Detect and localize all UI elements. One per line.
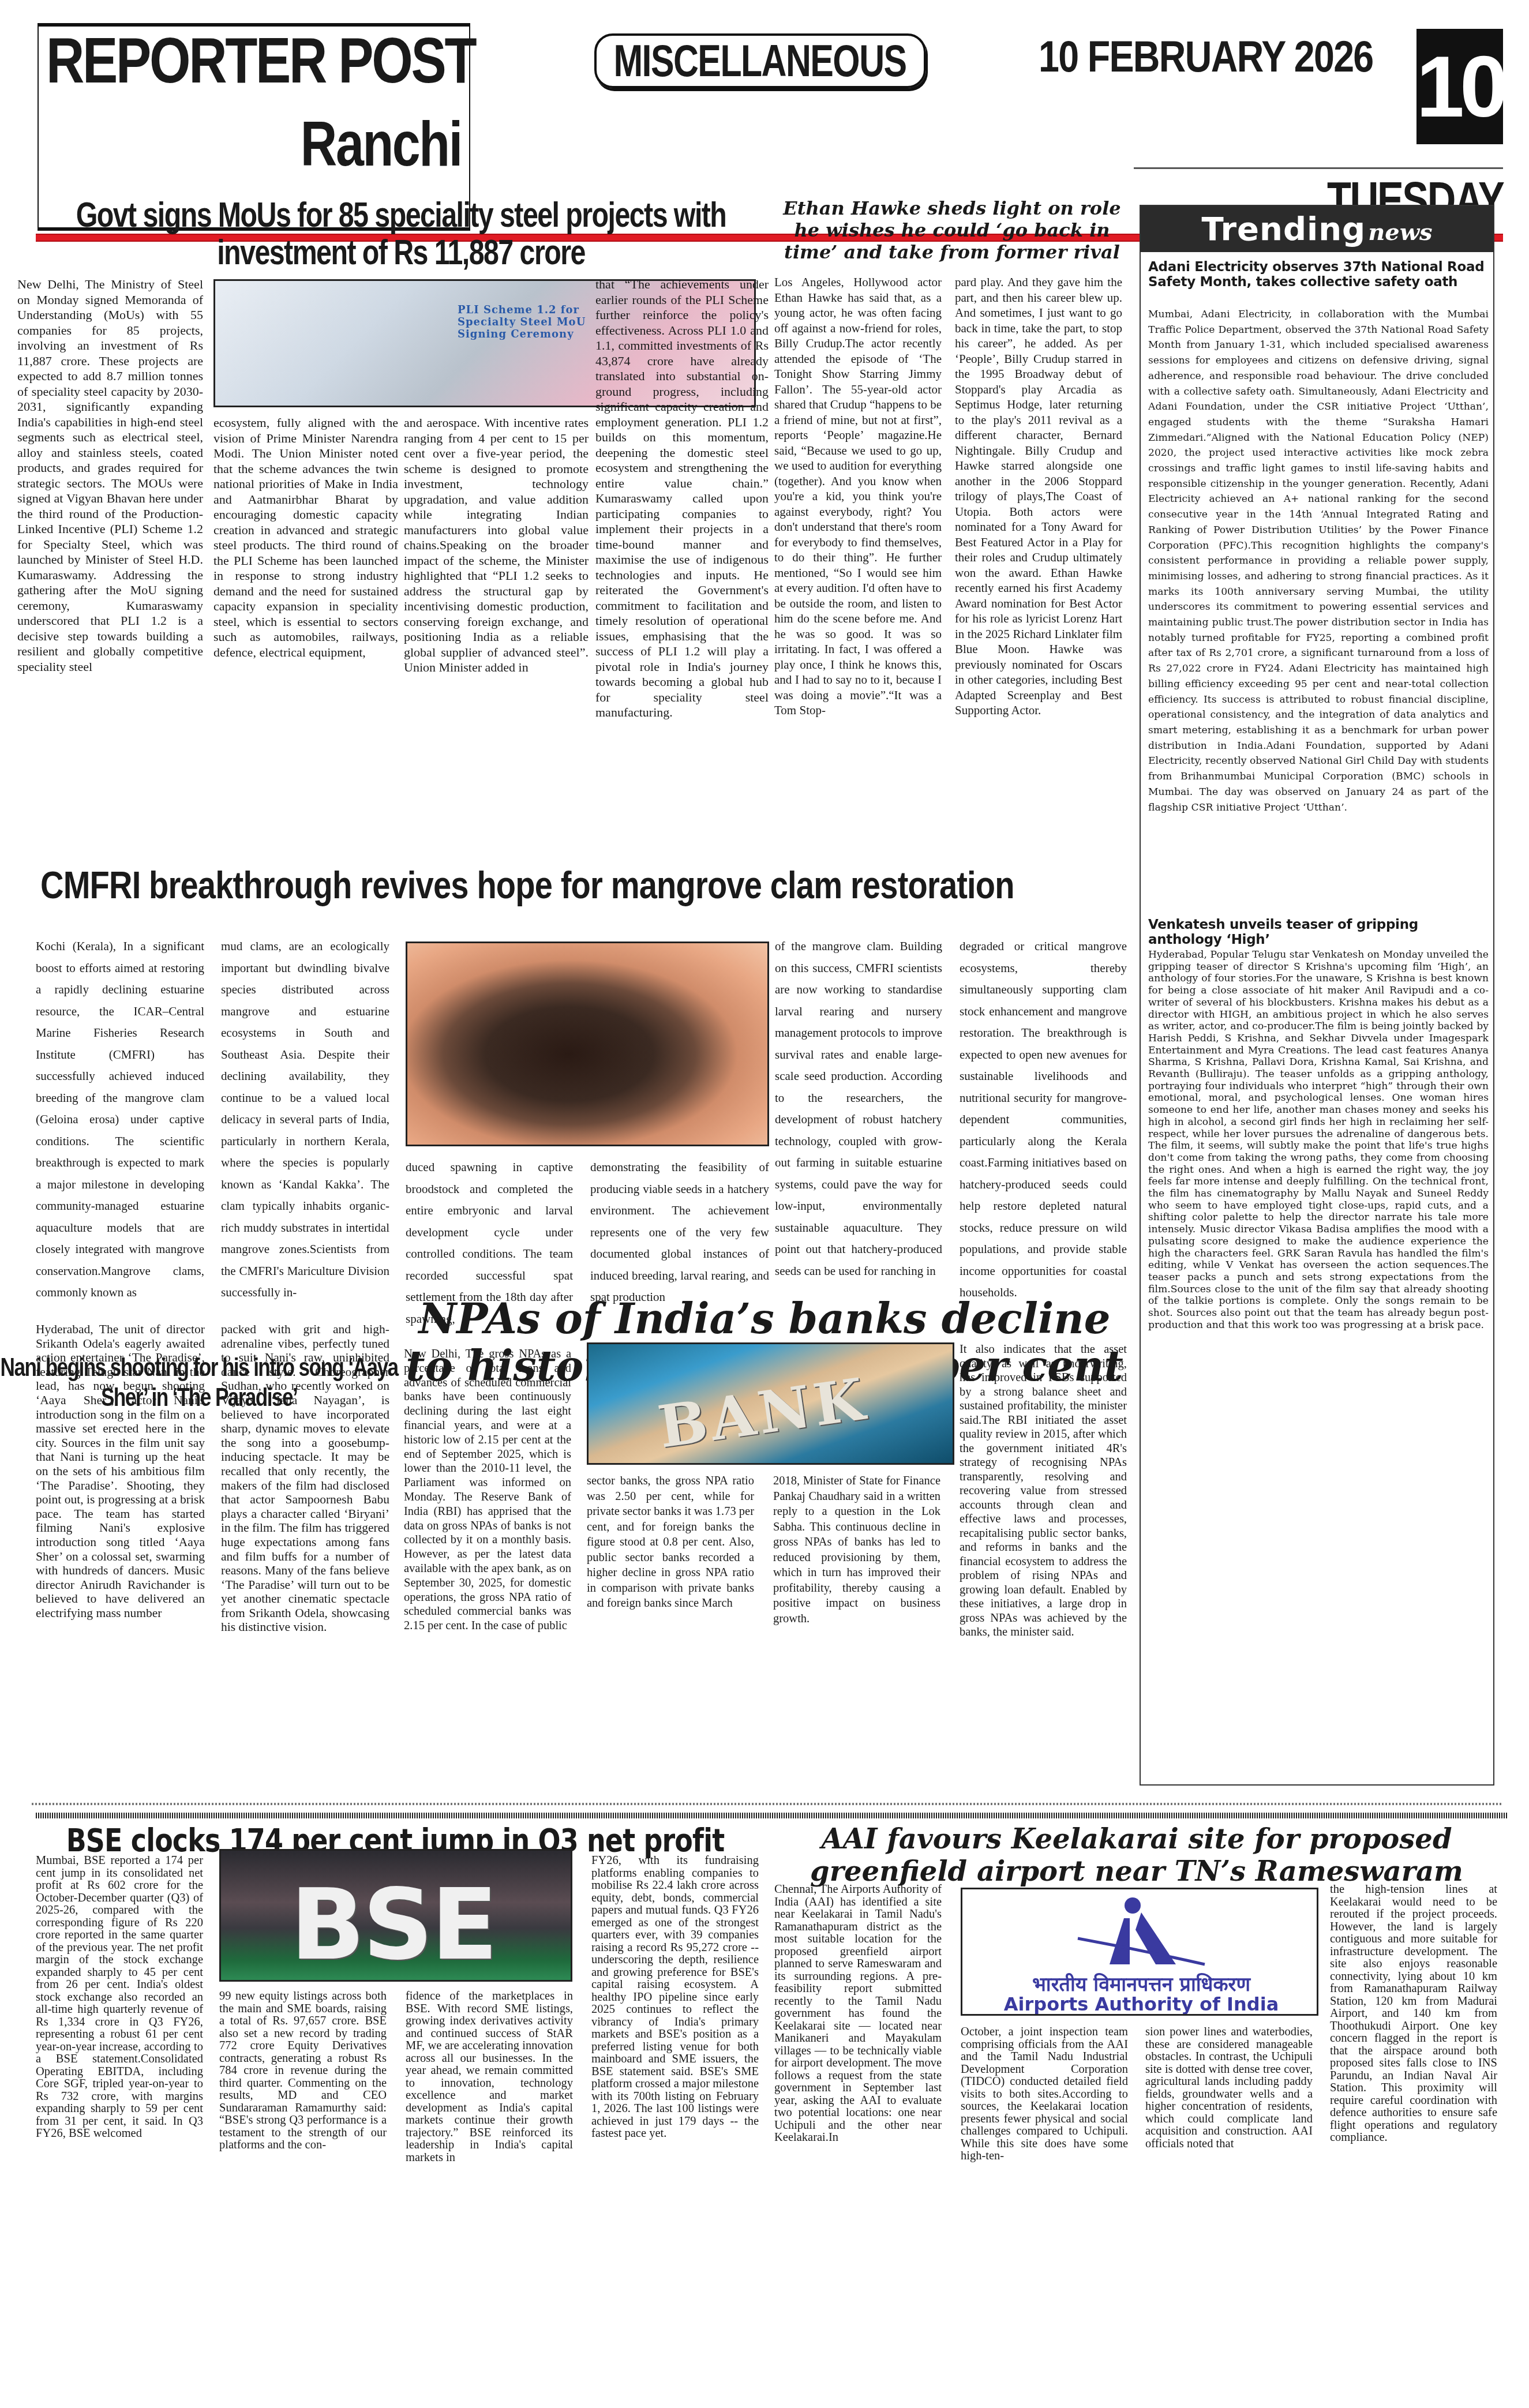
article-column: degraded or critical mangrove ecosystems… bbox=[960, 936, 1127, 1340]
article-column: sector banks, the gross NPA ratio was 2.… bbox=[587, 1473, 754, 1788]
section-divider bbox=[32, 1803, 1503, 1805]
article-headline-hawke: Ethan Hawke sheds light on role he wishe… bbox=[776, 197, 1128, 263]
article-column: 99 new equity listings across both the m… bbox=[219, 1990, 387, 2374]
edition-city: Ranchi bbox=[301, 110, 462, 179]
trending-story-body: Mumbai, Adani Electricity, in collaborat… bbox=[1148, 307, 1489, 999]
issue-date: 10 FEBRUARY 2026 bbox=[1039, 32, 1373, 82]
article-column: of the mangrove clam. Building on this s… bbox=[775, 936, 942, 1340]
trending-news-header: Trending news bbox=[1141, 206, 1493, 252]
article-headline-aai: AAI favours Keelakarai site for proposed… bbox=[776, 1823, 1497, 1888]
article-column: Los Angeles, Hollywood actor Ethan Hawke… bbox=[774, 275, 942, 857]
trending-header-main: Trending bbox=[1201, 211, 1366, 248]
trending-story-headline: Venkatesh unveils teaser of gripping ant… bbox=[1148, 917, 1489, 947]
trending-story-body: Hyderabad, Popular Telugu star Venkatesh… bbox=[1148, 949, 1489, 1780]
article-headline-cmfri: CMFRI breakthrough revives hope for mang… bbox=[40, 865, 962, 905]
article-column: It also indicates that the asset quality… bbox=[960, 1342, 1127, 1787]
article-column: Hyderabad, The unit of director Srikanth… bbox=[36, 1322, 205, 1790]
article-photo-bse: BSE bbox=[219, 1849, 572, 1982]
divider bbox=[1134, 167, 1503, 169]
article-column: New Delhi, The Ministry of Steel on Mond… bbox=[17, 277, 203, 860]
article-column: Kochi (Kerala), In a significant boost t… bbox=[36, 936, 204, 1340]
article-column: October, a joint inspection team compris… bbox=[961, 2026, 1128, 2378]
article-column: and aerospace. With incentive rates rang… bbox=[404, 415, 589, 860]
article-column: packed with grit and high-adrenaline vib… bbox=[221, 1322, 389, 1790]
article-column: Mumbai, BSE reported a 174 per cent jump… bbox=[36, 1855, 203, 2374]
article-column: Chennai, The Airports Authority of India… bbox=[774, 1884, 942, 2380]
article-photo-bank: BANK bbox=[587, 1342, 954, 1465]
article-column: mud clams, are an ecologically important… bbox=[221, 936, 389, 1340]
article-column: New Delhi, The gross NPAs as a percentag… bbox=[404, 1347, 571, 1786]
bank-sign-text: BANK bbox=[654, 1364, 872, 1461]
article-column: the high-tension lines at Keelakarai wou… bbox=[1330, 1884, 1497, 2380]
aai-logo: भारतीय विमानपत्तन प्राधिकरण Airports Aut… bbox=[961, 1888, 1318, 2016]
trending-header-sub: news bbox=[1368, 219, 1432, 246]
article-column: ecosystem, fully aligned with the vision… bbox=[213, 415, 398, 860]
section-label-text: MISCELLANEOUS bbox=[614, 35, 906, 87]
article-photo-clam bbox=[406, 942, 769, 1146]
section-divider bbox=[36, 1813, 1507, 1818]
section-label: MISCELLANEOUS bbox=[594, 33, 926, 88]
article-headline-steel: Govt signs MoUs for 85 speciality steel … bbox=[32, 196, 770, 271]
article-column: that “The achievements under earlier rou… bbox=[595, 277, 769, 860]
article-column: pard play. And they gave him the part, a… bbox=[955, 275, 1122, 857]
paper-name: REPORTER POST bbox=[46, 26, 392, 95]
article-column: FY26, with its fundraising platforms ena… bbox=[591, 1855, 759, 2374]
article-column: 2018, Minister of State for Finance Pank… bbox=[773, 1473, 940, 1788]
aai-emblem-icon bbox=[1055, 1895, 1228, 1970]
trending-story-headline: Adani Electricity observes 37th National… bbox=[1148, 260, 1489, 290]
aai-logo-english: Airports Authority of India bbox=[974, 1993, 1309, 2015]
article-column: sion power lines and waterbodies, these … bbox=[1145, 2026, 1313, 2378]
bse-logo-text: BSE bbox=[290, 1868, 496, 1982]
page-number: 10 bbox=[1416, 29, 1503, 144]
article-column: fidence of the marketplaces in BSE. With… bbox=[406, 1990, 573, 2374]
